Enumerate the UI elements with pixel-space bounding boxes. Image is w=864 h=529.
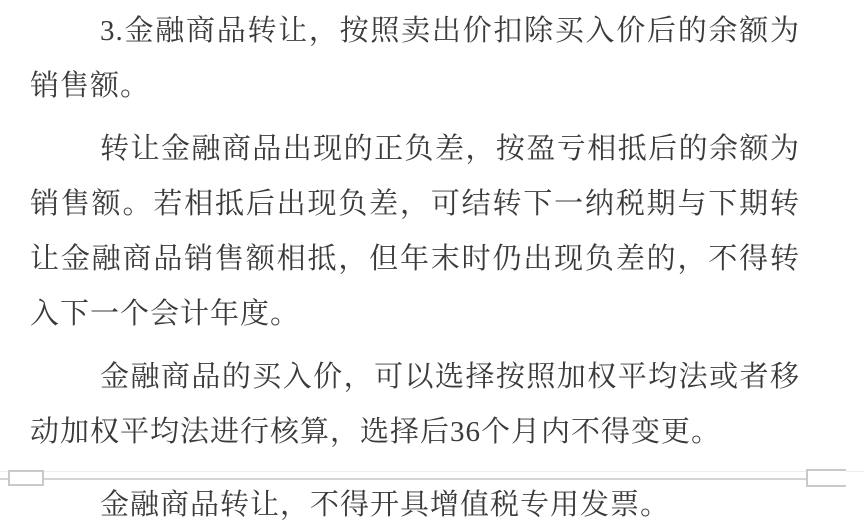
document-text[interactable]: 3.金融商品转让，按照卖出价扣除买入价后的余额为 销售额。 转让金融商品出现的正… bbox=[30, 4, 800, 529]
text-line[interactable]: 动加权平均法进行核算，选择后36个月内不得变更。 bbox=[30, 405, 800, 460]
page-top-edge-line bbox=[0, 478, 846, 480]
text-line[interactable]: 金融商品的买入价，可以选择按照加权平均法或者移 bbox=[30, 350, 800, 405]
text-line[interactable]: 让金融商品销售额相抵，但年末时仍出现负差的，不得转 bbox=[30, 232, 800, 287]
text-line[interactable]: 转让金融商品出现的正负差，按盈亏相抵后的余额为 bbox=[30, 122, 800, 177]
text-line[interactable]: 销售额。若相抵后出现负差，可结转下一纳税期与下期转 bbox=[30, 177, 800, 232]
page-margin-marker-left-icon bbox=[8, 470, 44, 486]
text-line[interactable]: 销售额。 bbox=[30, 59, 800, 114]
page-margin-marker-right-icon bbox=[806, 469, 846, 487]
text-line[interactable]: 金融商品转让，不得开具增值税专用发票。 bbox=[30, 478, 800, 529]
text-line[interactable]: 入下一个会计年度。 bbox=[30, 287, 800, 342]
page-bottom-edge-line bbox=[0, 471, 864, 472]
text-line[interactable]: 3.金融商品转让，按照卖出价扣除买入价后的余额为 bbox=[30, 4, 800, 59]
